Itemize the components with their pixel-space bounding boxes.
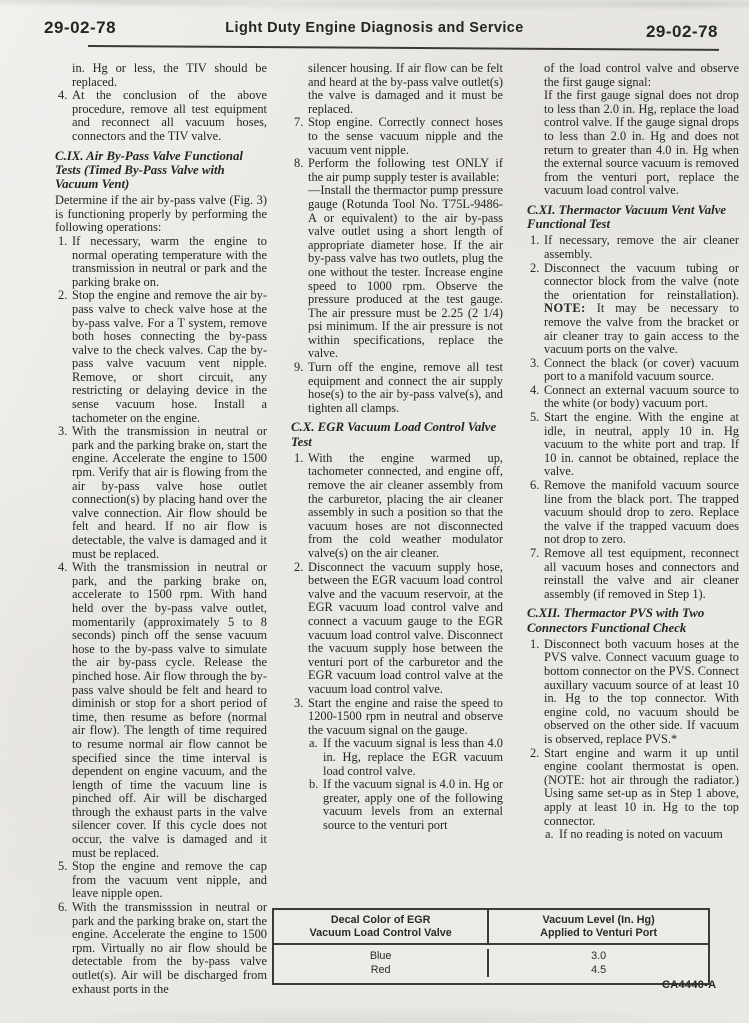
list-item: 3. With the transmission in neutral or p… — [55, 425, 267, 561]
list-item: 6. With the transmisssion in neutral or … — [55, 901, 267, 996]
list-item-text: Disconnect the vacuum tubing or connecto… — [544, 262, 739, 357]
page-title: Light Duty Engine Diagnosis and Service — [170, 20, 579, 36]
continuation-paragraph: silencer housing. If air flow can be fel… — [308, 62, 503, 116]
list-item-number: 8. — [291, 157, 308, 361]
list-item: 9. Turn off the engine, remove all test … — [291, 361, 503, 415]
list-item: 4. Connect an external vacuum source to … — [527, 384, 739, 411]
table-cell-vacuum: 3.0 — [489, 949, 708, 963]
list-item-text: If necessary, warm the engine to normal … — [72, 235, 267, 289]
list-item-number: 3. — [527, 357, 544, 384]
list-item: 5. Stop the engine and remove the cap fr… — [55, 860, 267, 901]
list-item-paragraph: Disconnect the vacuum tubing or connecto… — [544, 261, 739, 302]
list-item-number: 9. — [291, 361, 308, 415]
list-item: 1. If necessary, remove the air cleaner … — [527, 234, 739, 261]
list-item: 4. With the transmission in neutral or p… — [55, 561, 267, 860]
column-1: in. Hg or less, the TIV should be replac… — [55, 62, 267, 996]
list-item-text: Start the engine. With the engine at idl… — [544, 411, 739, 479]
list-item-number: 3. — [55, 425, 72, 561]
list-item-number: 1. — [527, 638, 544, 747]
list-item: 8. Perform the following test ONLY if th… — [291, 157, 503, 361]
list-item-letter: b. — [308, 778, 323, 832]
continuation-paragraph: in. Hg or less, the TIV should be replac… — [72, 62, 267, 89]
list-item: 2. Disconnect the vacuum tubing or conne… — [527, 262, 739, 357]
header-rule — [88, 45, 719, 51]
list-item-number: 6. — [55, 901, 72, 996]
list-item-number: 7. — [527, 547, 544, 601]
list-item-number: 2. — [55, 289, 72, 425]
list-item-number: 1. — [291, 452, 308, 561]
list-item: 4. At the conclusion of the above proced… — [55, 89, 267, 143]
table-body: Blue 3.0 Red 4.5 — [274, 945, 708, 983]
list-item-paragraph: —Install the thermactor pump pressure ga… — [308, 184, 503, 361]
manual-page: 29-02-78 Light Duty Engine Diagnosis and… — [0, 0, 749, 1023]
list-item-letter: a. — [308, 737, 323, 778]
list-item-text: Perform the following test ONLY if the a… — [308, 157, 503, 361]
list-item-number: 2. — [291, 561, 308, 697]
list-item: 2. Stop the engine and remove the air by… — [55, 289, 267, 425]
list-item: 2. Disconnect the vacuum supply hose, be… — [291, 561, 503, 697]
list-item-text: With the transmission in neutral or park… — [72, 425, 267, 561]
list-item-text: Stop the engine and remove the cap from … — [72, 860, 267, 901]
list-item-text: With the engine warmed up, tachometer co… — [308, 452, 503, 561]
list-item-text: Stop the engine and remove the air by-pa… — [72, 289, 267, 425]
table-header-decal-color: Decal Color of EGR Vacuum Load Control V… — [274, 910, 489, 943]
list-item-text: Remove all test equipment, reconnect all… — [544, 547, 739, 601]
text-columns: in. Hg or less, the TIV should be replac… — [55, 62, 739, 996]
list-item-number: 5. — [55, 860, 72, 901]
list-item: 5. Start the engine. With the engine at … — [527, 411, 739, 479]
table-cell-color: Blue — [274, 949, 489, 963]
continuation-paragraph: of the load control valve and observe th… — [544, 62, 739, 89]
list-item: 1. Disconnect both vacuum hoses at the P… — [527, 638, 739, 747]
column-3: of the load control valve and observe th… — [527, 62, 739, 996]
list-item-number: 4. — [527, 384, 544, 411]
page-header: 29-02-78 Light Duty Engine Diagnosis and… — [0, 16, 749, 42]
section-intro: Determine if the air by-pass valve (Fig.… — [55, 194, 267, 235]
table-header-vacuum-level: Vacuum Level (In. Hg) Applied to Venturi… — [489, 910, 708, 943]
list-item: 2. Start engine and warm it up until eng… — [527, 747, 739, 829]
section-heading-cx: C.X. EGR Vacuum Load Control Valve Test — [291, 420, 503, 448]
section-heading-cxii: C.XII. Thermactor PVS with Two Connector… — [527, 606, 739, 634]
list-item: 3. Start the engine and raise the speed … — [291, 697, 503, 738]
list-item-number: 6. — [527, 479, 544, 547]
list-item: 6. Remove the manifold vacuum source lin… — [527, 479, 739, 547]
page-number-right: 29-02-78 — [646, 22, 718, 42]
table-cell-color: Red — [274, 963, 489, 977]
page-number-left: 29-02-78 — [44, 18, 116, 38]
list-item-text: If no reading is noted on vacuum — [559, 828, 739, 842]
list-item-number: 3. — [291, 697, 308, 738]
list-item-number: 7. — [291, 116, 308, 157]
list-item-text: Start the engine and raise the speed to … — [308, 697, 503, 738]
list-item: 7. Stop engine. Correctly connect hoses … — [291, 116, 503, 157]
list-item-text: If the vacuum signal is less than 4.0 in… — [323, 737, 503, 778]
table-cell-vacuum: 4.5 — [489, 963, 708, 977]
list-item-text: If necessary, remove the air cleaner ass… — [544, 234, 739, 261]
sub-list-item: b. If the vacuum signal is 4.0 in. Hg or… — [308, 778, 503, 832]
list-item-number: 5. — [527, 411, 544, 479]
section-heading-cix: C.IX. Air By-Pass Valve Functional Tests… — [55, 149, 267, 192]
list-item-number: 2. — [527, 262, 544, 357]
egr-decal-vacuum-table: Decal Color of EGR Vacuum Load Control V… — [272, 908, 710, 985]
list-item-text: Disconnect both vacuum hoses at the PVS … — [544, 638, 739, 747]
list-item: 3. Connect the black (or cover) vacuum p… — [527, 357, 739, 384]
list-item-number: 4. — [55, 89, 72, 143]
note-label: NOTE: — [544, 301, 586, 315]
sub-list-item: a. If no reading is noted on vacuum — [544, 828, 739, 842]
list-item-text: Turn off the engine, remove all test equ… — [308, 361, 503, 415]
list-item-text: With the transmission in neutral or park… — [72, 561, 267, 860]
list-item-text: Connect the black (or cover) vacuum port… — [544, 357, 739, 384]
list-item-text: At the conclusion of the above procedure… — [72, 89, 267, 143]
table-header-row: Decal Color of EGR Vacuum Load Control V… — [274, 910, 708, 945]
list-item-number: 4. — [55, 561, 72, 860]
list-item-letter: a. — [544, 828, 559, 842]
list-item-text: Stop engine. Correctly connect hoses to … — [308, 116, 503, 157]
list-item: 7. Remove all test equipment, reconnect … — [527, 547, 739, 601]
column-2: silencer housing. If air flow can be fel… — [291, 62, 503, 996]
list-item-text: Remove the manifold vacuum source line f… — [544, 479, 739, 547]
list-item: 1. If necessary, warm the engine to norm… — [55, 235, 267, 289]
table-row: Red 4.5 — [274, 963, 708, 977]
table-row: Blue 3.0 — [274, 949, 708, 963]
list-item: 1. With the engine warmed up, tachometer… — [291, 452, 503, 561]
continuation-paragraph: If the first gauge signal does not drop … — [544, 89, 739, 198]
list-item-text: Start engine and warm it up until engine… — [544, 747, 739, 829]
figure-reference: CA4440-A — [662, 979, 716, 991]
section-heading-cxi: C.XI. Thermactor Vacuum Vent Valve Funct… — [527, 203, 739, 231]
sub-list-item: a. If the vacuum signal is less than 4.0… — [308, 737, 503, 778]
list-item-text: Disconnect the vacuum supply hose, betwe… — [308, 561, 503, 697]
list-item-number: 1. — [55, 235, 72, 289]
list-item-text: With the transmisssion in neutral or par… — [72, 901, 267, 996]
list-item-number: 2. — [527, 747, 544, 829]
list-item-text: If the vacuum signal is 4.0 in. Hg or gr… — [323, 778, 503, 832]
list-item-paragraph: Perform the following test ONLY if the a… — [308, 157, 503, 184]
list-item-number: 1. — [527, 234, 544, 261]
list-item-text: Connect an external vacuum source to the… — [544, 384, 739, 411]
